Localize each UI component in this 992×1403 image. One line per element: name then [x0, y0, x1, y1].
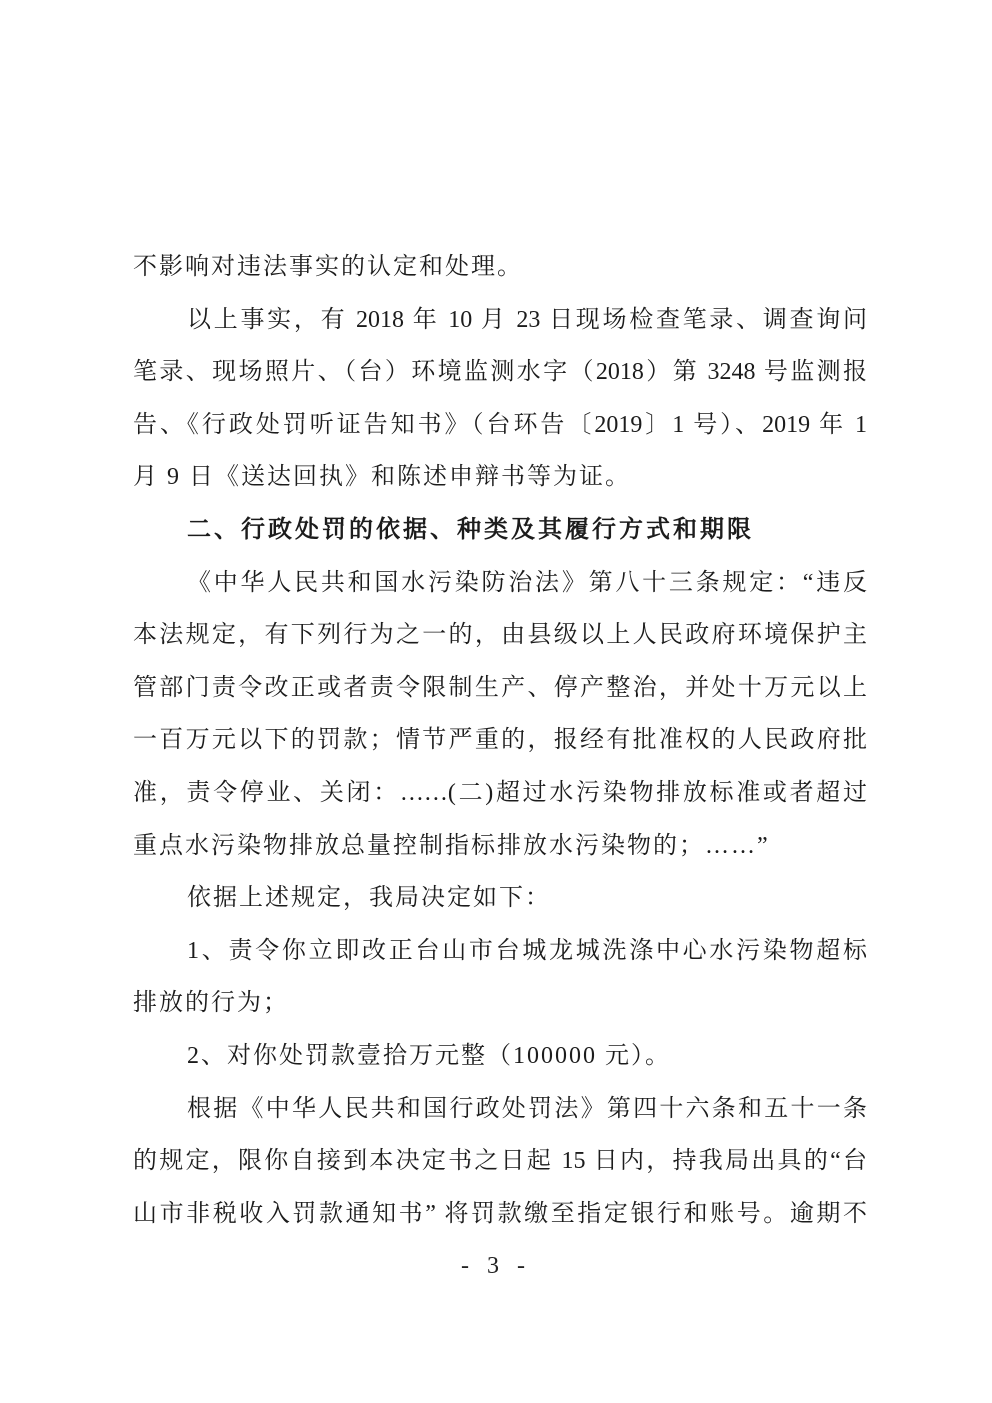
- document-body: 不影响对违法事实的认定和处理。以上事实，有 2018 年 10 月 23 日现场…: [133, 241, 867, 1240]
- text-line: 《中华人民共和国水污染防治法》第八十三条规定：“违反: [133, 557, 867, 610]
- text-line: 笔录、现场照片、（台）环境监测水字（2018）第 3248 号监测报: [133, 346, 867, 399]
- text-line: 排放的行为；: [133, 977, 867, 1030]
- text-line: 不影响对违法事实的认定和处理。: [133, 241, 867, 294]
- text-line: 告、《行政处罚听证告知书》（台环告〔2019〕1 号）、2019 年 1: [133, 399, 867, 452]
- text-line: 1、责令你立即改正台山市台城龙城洗涤中心水污染物超标: [133, 925, 867, 978]
- text-line: 依据上述规定，我局决定如下：: [133, 872, 867, 925]
- text-line: 管部门责令改正或者责令限制生产、停产整治，并处十万元以上: [133, 662, 867, 715]
- text-line: 一百万元以下的罚款；情节严重的，报经有批准权的人民政府批: [133, 714, 867, 767]
- page-number: - 3 -: [0, 1248, 992, 1284]
- text-line: 以上事实，有 2018 年 10 月 23 日现场检查笔录、调查询问: [133, 294, 867, 347]
- text-line: 重点水污染物排放总量控制指标排放水污染物的；……”: [133, 820, 867, 873]
- text-line: 本法规定，有下列行为之一的，由县级以上人民政府环境保护主: [133, 609, 867, 662]
- text-line: 根据《中华人民共和国行政处罚法》第四十六条和五十一条: [133, 1083, 867, 1136]
- text-line: 月 9 日《送达回执》和陈述申辩书等为证。: [133, 451, 867, 504]
- text-line: 2、对你处罚款壹拾万元整（100000 元）。: [133, 1030, 867, 1083]
- section-heading: 二、行政处罚的依据、种类及其履行方式和期限: [133, 504, 867, 557]
- text-line: 山市非税收入罚款通知书” 将罚款缴至指定银行和账号。逾期不: [133, 1188, 867, 1241]
- document-page: 不影响对违法事实的认定和处理。以上事实，有 2018 年 10 月 23 日现场…: [0, 0, 992, 1403]
- text-line: 准，责令停业、关闭：……(二)超过水污染物排放标准或者超过: [133, 767, 867, 820]
- text-line: 的规定，限你自接到本决定书之日起 15 日内，持我局出具的“台: [133, 1135, 867, 1188]
